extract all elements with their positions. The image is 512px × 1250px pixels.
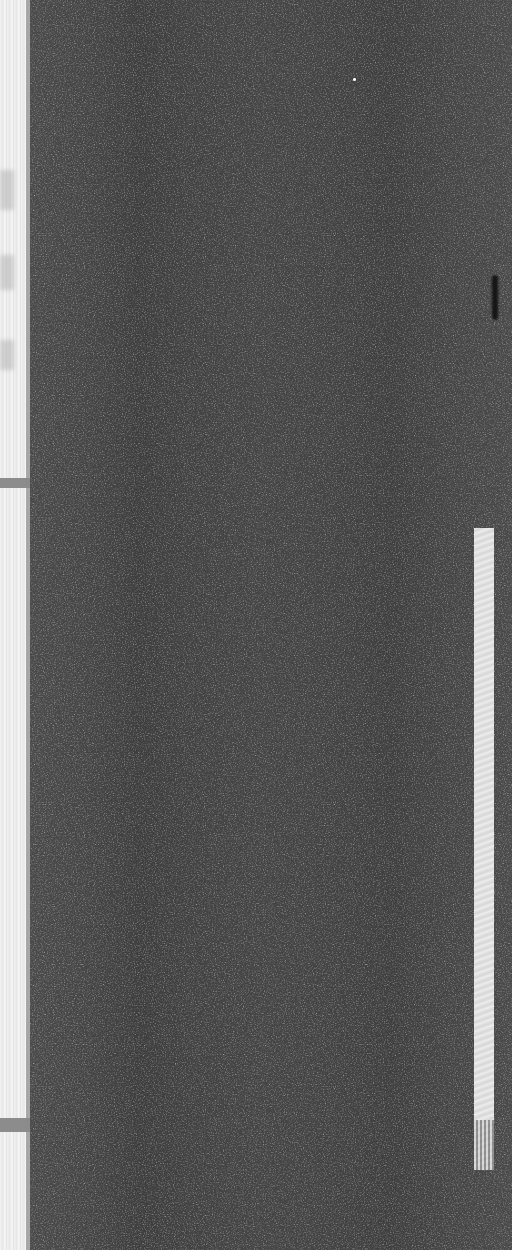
lane-marking bbox=[474, 528, 494, 1170]
pebble bbox=[353, 78, 356, 81]
tar-crack bbox=[492, 275, 498, 320]
curb-stain bbox=[0, 170, 14, 210]
asphalt-texture bbox=[30, 0, 512, 1250]
curb-stain bbox=[0, 340, 14, 370]
curb-edge bbox=[26, 0, 30, 1250]
lane-marking-worn-end bbox=[474, 1120, 494, 1170]
asphalt-surface bbox=[30, 0, 512, 1250]
curb-stain bbox=[0, 255, 14, 290]
road-scene bbox=[0, 0, 512, 1250]
